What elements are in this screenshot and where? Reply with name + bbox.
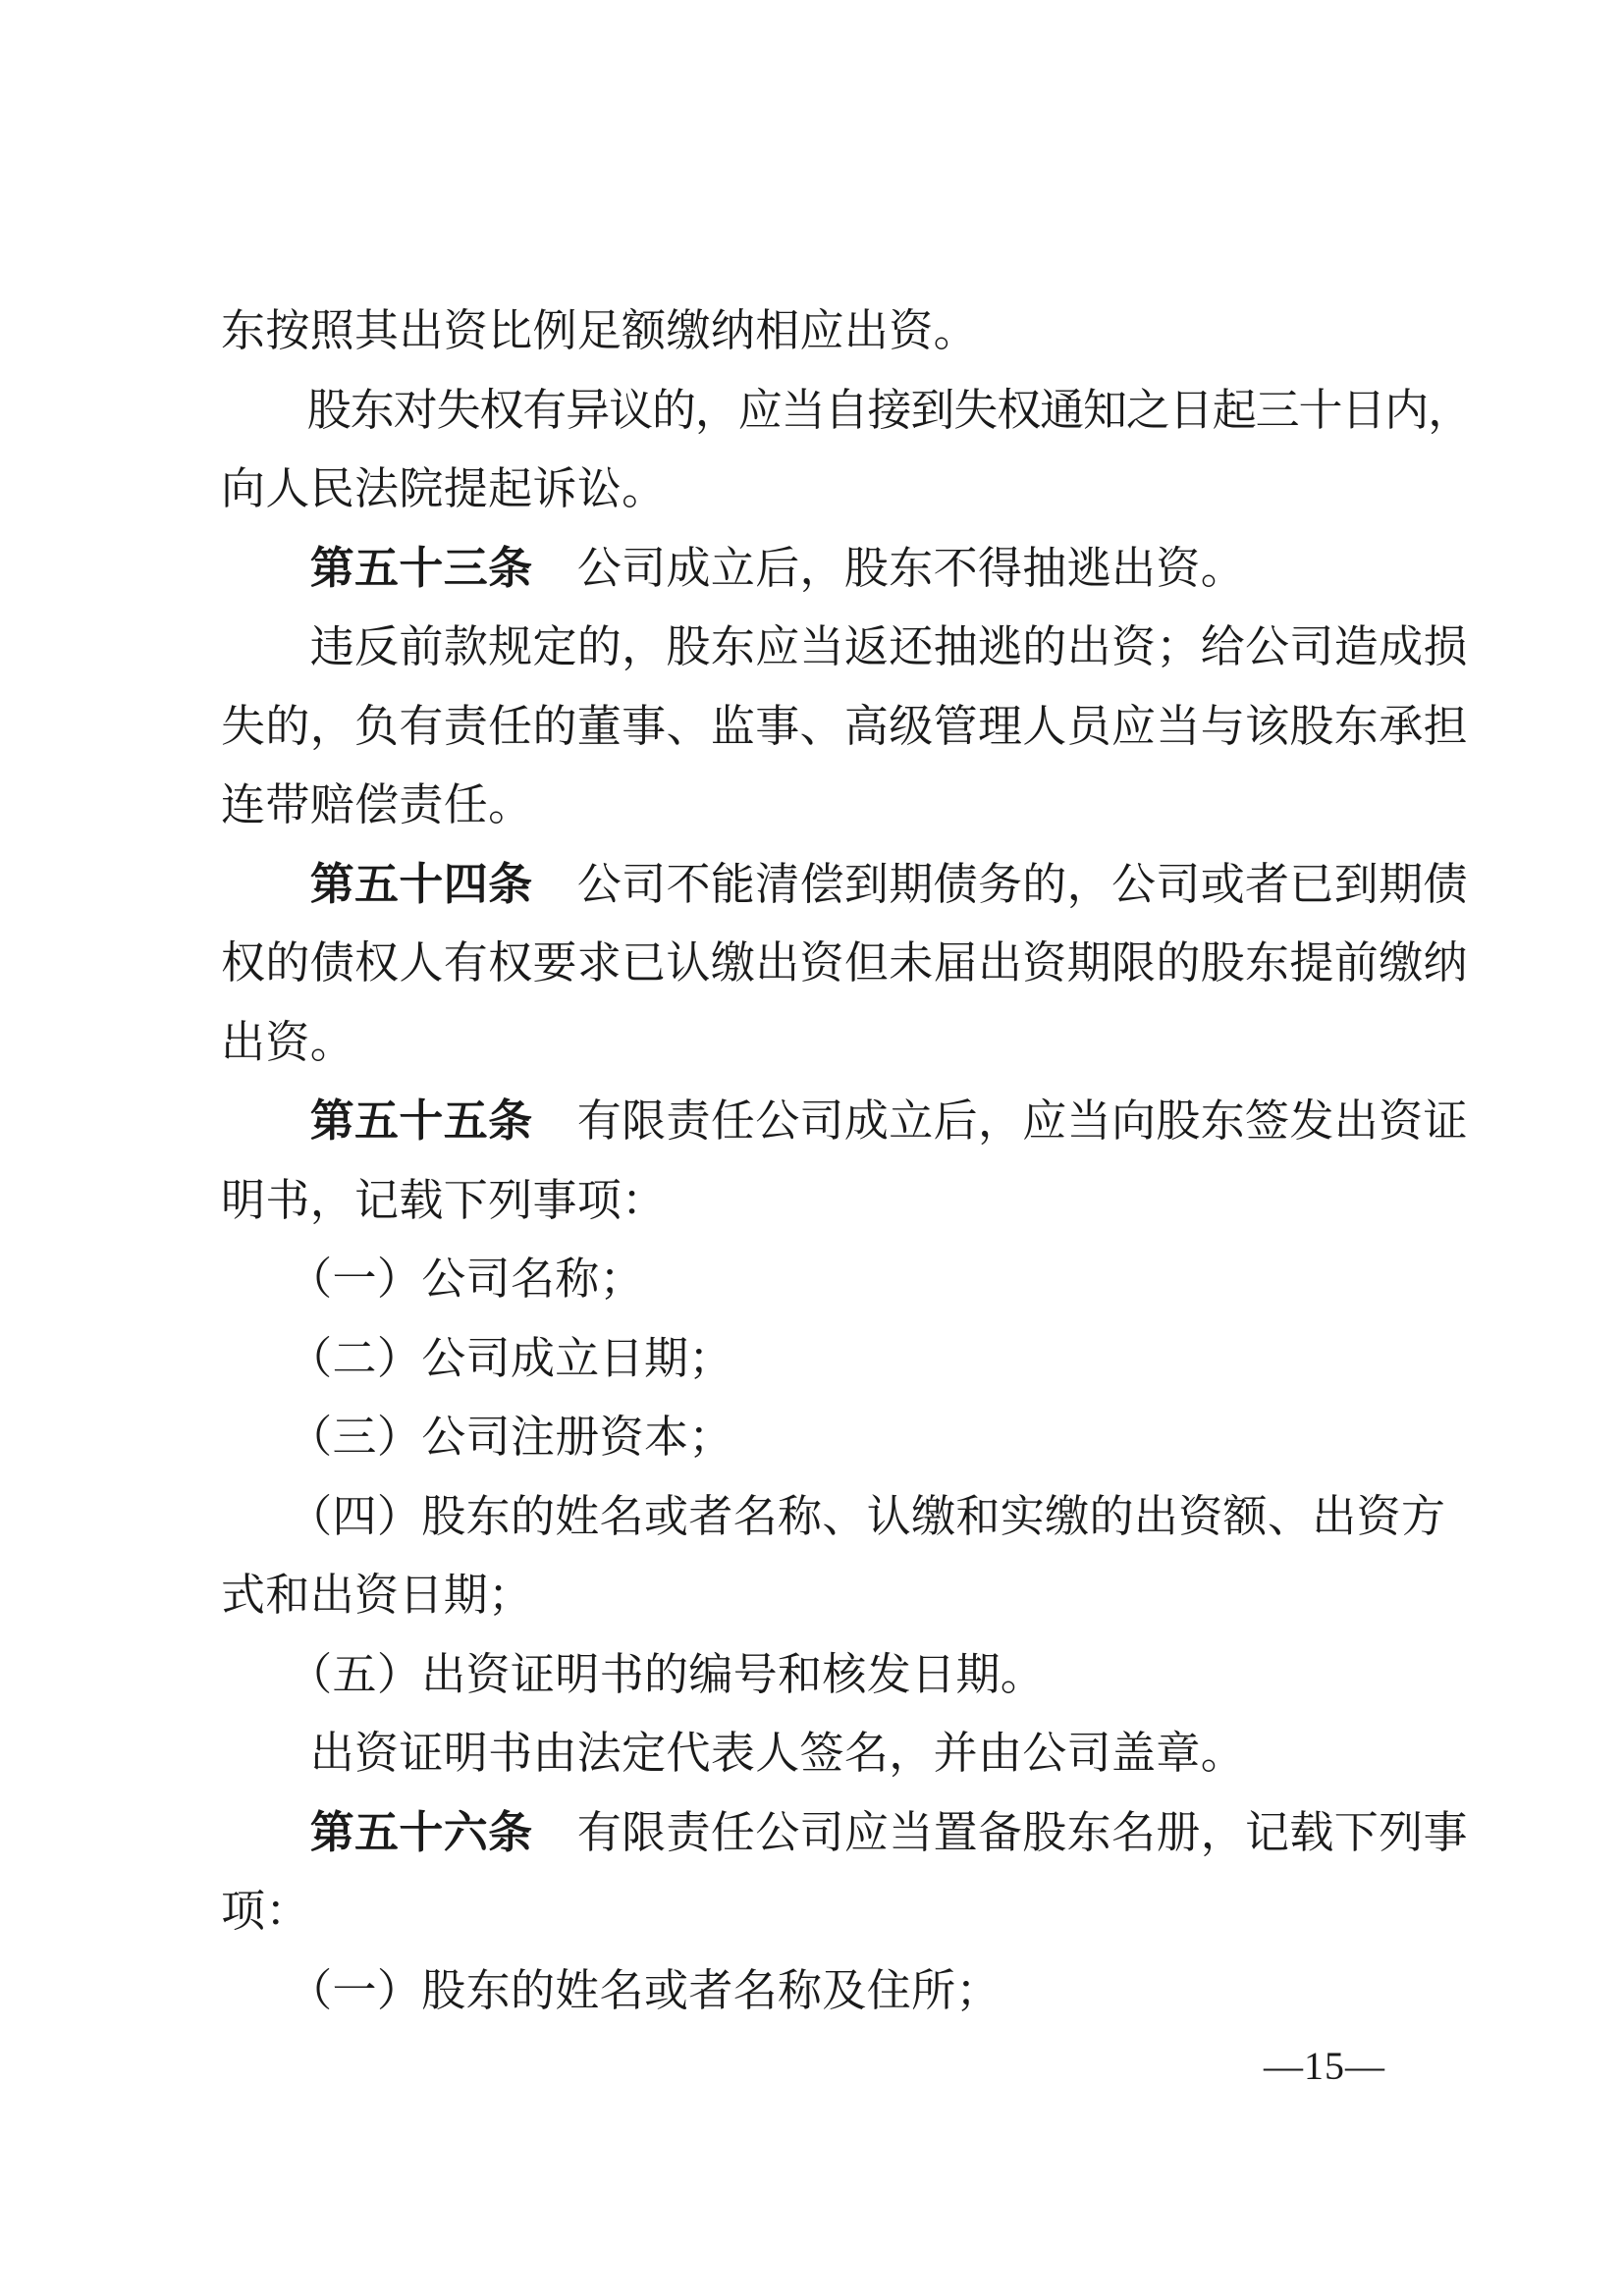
body-text: （三）公司注册资本； <box>221 1413 733 1462</box>
body-text: 有限责任公司应当置备股东名册，记载下列事 <box>532 1808 1467 1857</box>
text-line-article-54: 第五十四条 公司不能清偿到期债务的，公司或者已到期债 <box>221 845 1488 925</box>
document-page: 东按照其出资比例足额缴纳相应出资。 股东对失权有异议的，应当自接到失权通知之日起… <box>0 0 1624 2296</box>
text-line: 违反前款规定的，股东应当返还抽逃的出资；给公司造成损 <box>221 608 1488 687</box>
text-line: 出资证明书由法定代表人签名，并由公司盖章。 <box>221 1714 1488 1793</box>
body-text: 股东对失权有异议的，应当自接到失权通知之日起三十日内， <box>221 386 1471 435</box>
body-text: 向人民法院提起诉讼。 <box>221 464 667 513</box>
article-number-53: 第五十三条 <box>221 543 532 593</box>
document-body: 东按照其出资比例足额缴纳相应出资。 股东对失权有异议的，应当自接到失权通知之日起… <box>221 292 1488 2030</box>
text-line: 向人民法院提起诉讼。 <box>221 450 1488 529</box>
text-line-article-55: 第五十五条 有限责任公司成立后，应当向股东签发出资证 <box>221 1082 1488 1161</box>
text-line-article-56: 第五十六条 有限责任公司应当置备股东名册，记载下列事 <box>221 1793 1488 1873</box>
body-text: 东按照其出资比例足额缴纳相应出资。 <box>221 306 978 355</box>
body-text: （二）公司成立日期； <box>221 1334 733 1383</box>
text-line: 明书，记载下列事项： <box>221 1161 1488 1241</box>
body-text: 权的债权人有权要求已认缴出资但未届出资期限的股东提前缴纳 <box>221 938 1468 988</box>
text-line: 失的，负有责任的董事、监事、高级管理人员应当与该股东承担 <box>221 687 1488 767</box>
article-number-54: 第五十四条 <box>221 859 532 909</box>
body-text: 违反前款规定的，股东应当返还抽逃的出资；给公司造成损 <box>221 622 1468 671</box>
body-text: （一）股东的姓名或者名称及住所； <box>221 1966 1001 2015</box>
list-item-4: （四）股东的姓名或者名称、认缴和实缴的出资额、出资方 <box>221 1477 1488 1557</box>
body-text: （四）股东的姓名或者名称、认缴和实缴的出资额、出资方 <box>221 1492 1445 1541</box>
page-number: —15— <box>1264 2045 1385 2088</box>
text-line: 出资。 <box>221 1003 1488 1083</box>
body-text: 公司成立后，股东不得抽逃出资。 <box>532 544 1245 593</box>
body-text: 连带赔偿责任。 <box>221 780 532 829</box>
body-text: 式和出资日期； <box>221 1571 532 1620</box>
article-number-56: 第五十六条 <box>221 1807 532 1857</box>
body-text: 出资证明书由法定代表人签名，并由公司盖章。 <box>221 1729 1245 1778</box>
body-text: （一）公司名称； <box>221 1255 644 1304</box>
list-item-5: （五）出资证明书的编号和核发日期。 <box>221 1635 1488 1715</box>
body-text: 项： <box>221 1887 310 1936</box>
body-text: 公司不能清偿到期债务的，公司或者已到期债 <box>532 860 1467 909</box>
list-item-1b: （一）股东的姓名或者名称及住所； <box>221 1951 1488 2031</box>
list-item-2: （二）公司成立日期； <box>221 1319 1488 1399</box>
text-line: 权的债权人有权要求已认缴出资但未届出资期限的股东提前缴纳 <box>221 924 1488 1003</box>
body-text: 失的，负有责任的董事、监事、高级管理人员应当与该股东承担 <box>221 702 1468 751</box>
list-item-1: （一）公司名称； <box>221 1240 1488 1319</box>
text-line: 式和出资日期； <box>221 1556 1488 1635</box>
text-line: 连带赔偿责任。 <box>221 766 1488 845</box>
article-number-55: 第五十五条 <box>221 1095 532 1146</box>
body-text: 有限责任公司成立后，应当向股东签发出资证 <box>532 1096 1467 1146</box>
text-line-article-53: 第五十三条 公司成立后，股东不得抽逃出资。 <box>221 529 1488 609</box>
text-line: 东按照其出资比例足额缴纳相应出资。 <box>221 292 1488 371</box>
list-item-3: （三）公司注册资本； <box>221 1398 1488 1477</box>
text-line: 股东对失权有异议的，应当自接到失权通知之日起三十日内， <box>221 371 1488 451</box>
body-text: 明书，记载下列事项： <box>221 1176 667 1225</box>
text-line: 项： <box>221 1872 1488 1951</box>
body-text: 出资。 <box>221 1018 354 1067</box>
body-text: （五）出资证明书的编号和核发日期。 <box>221 1650 1045 1699</box>
